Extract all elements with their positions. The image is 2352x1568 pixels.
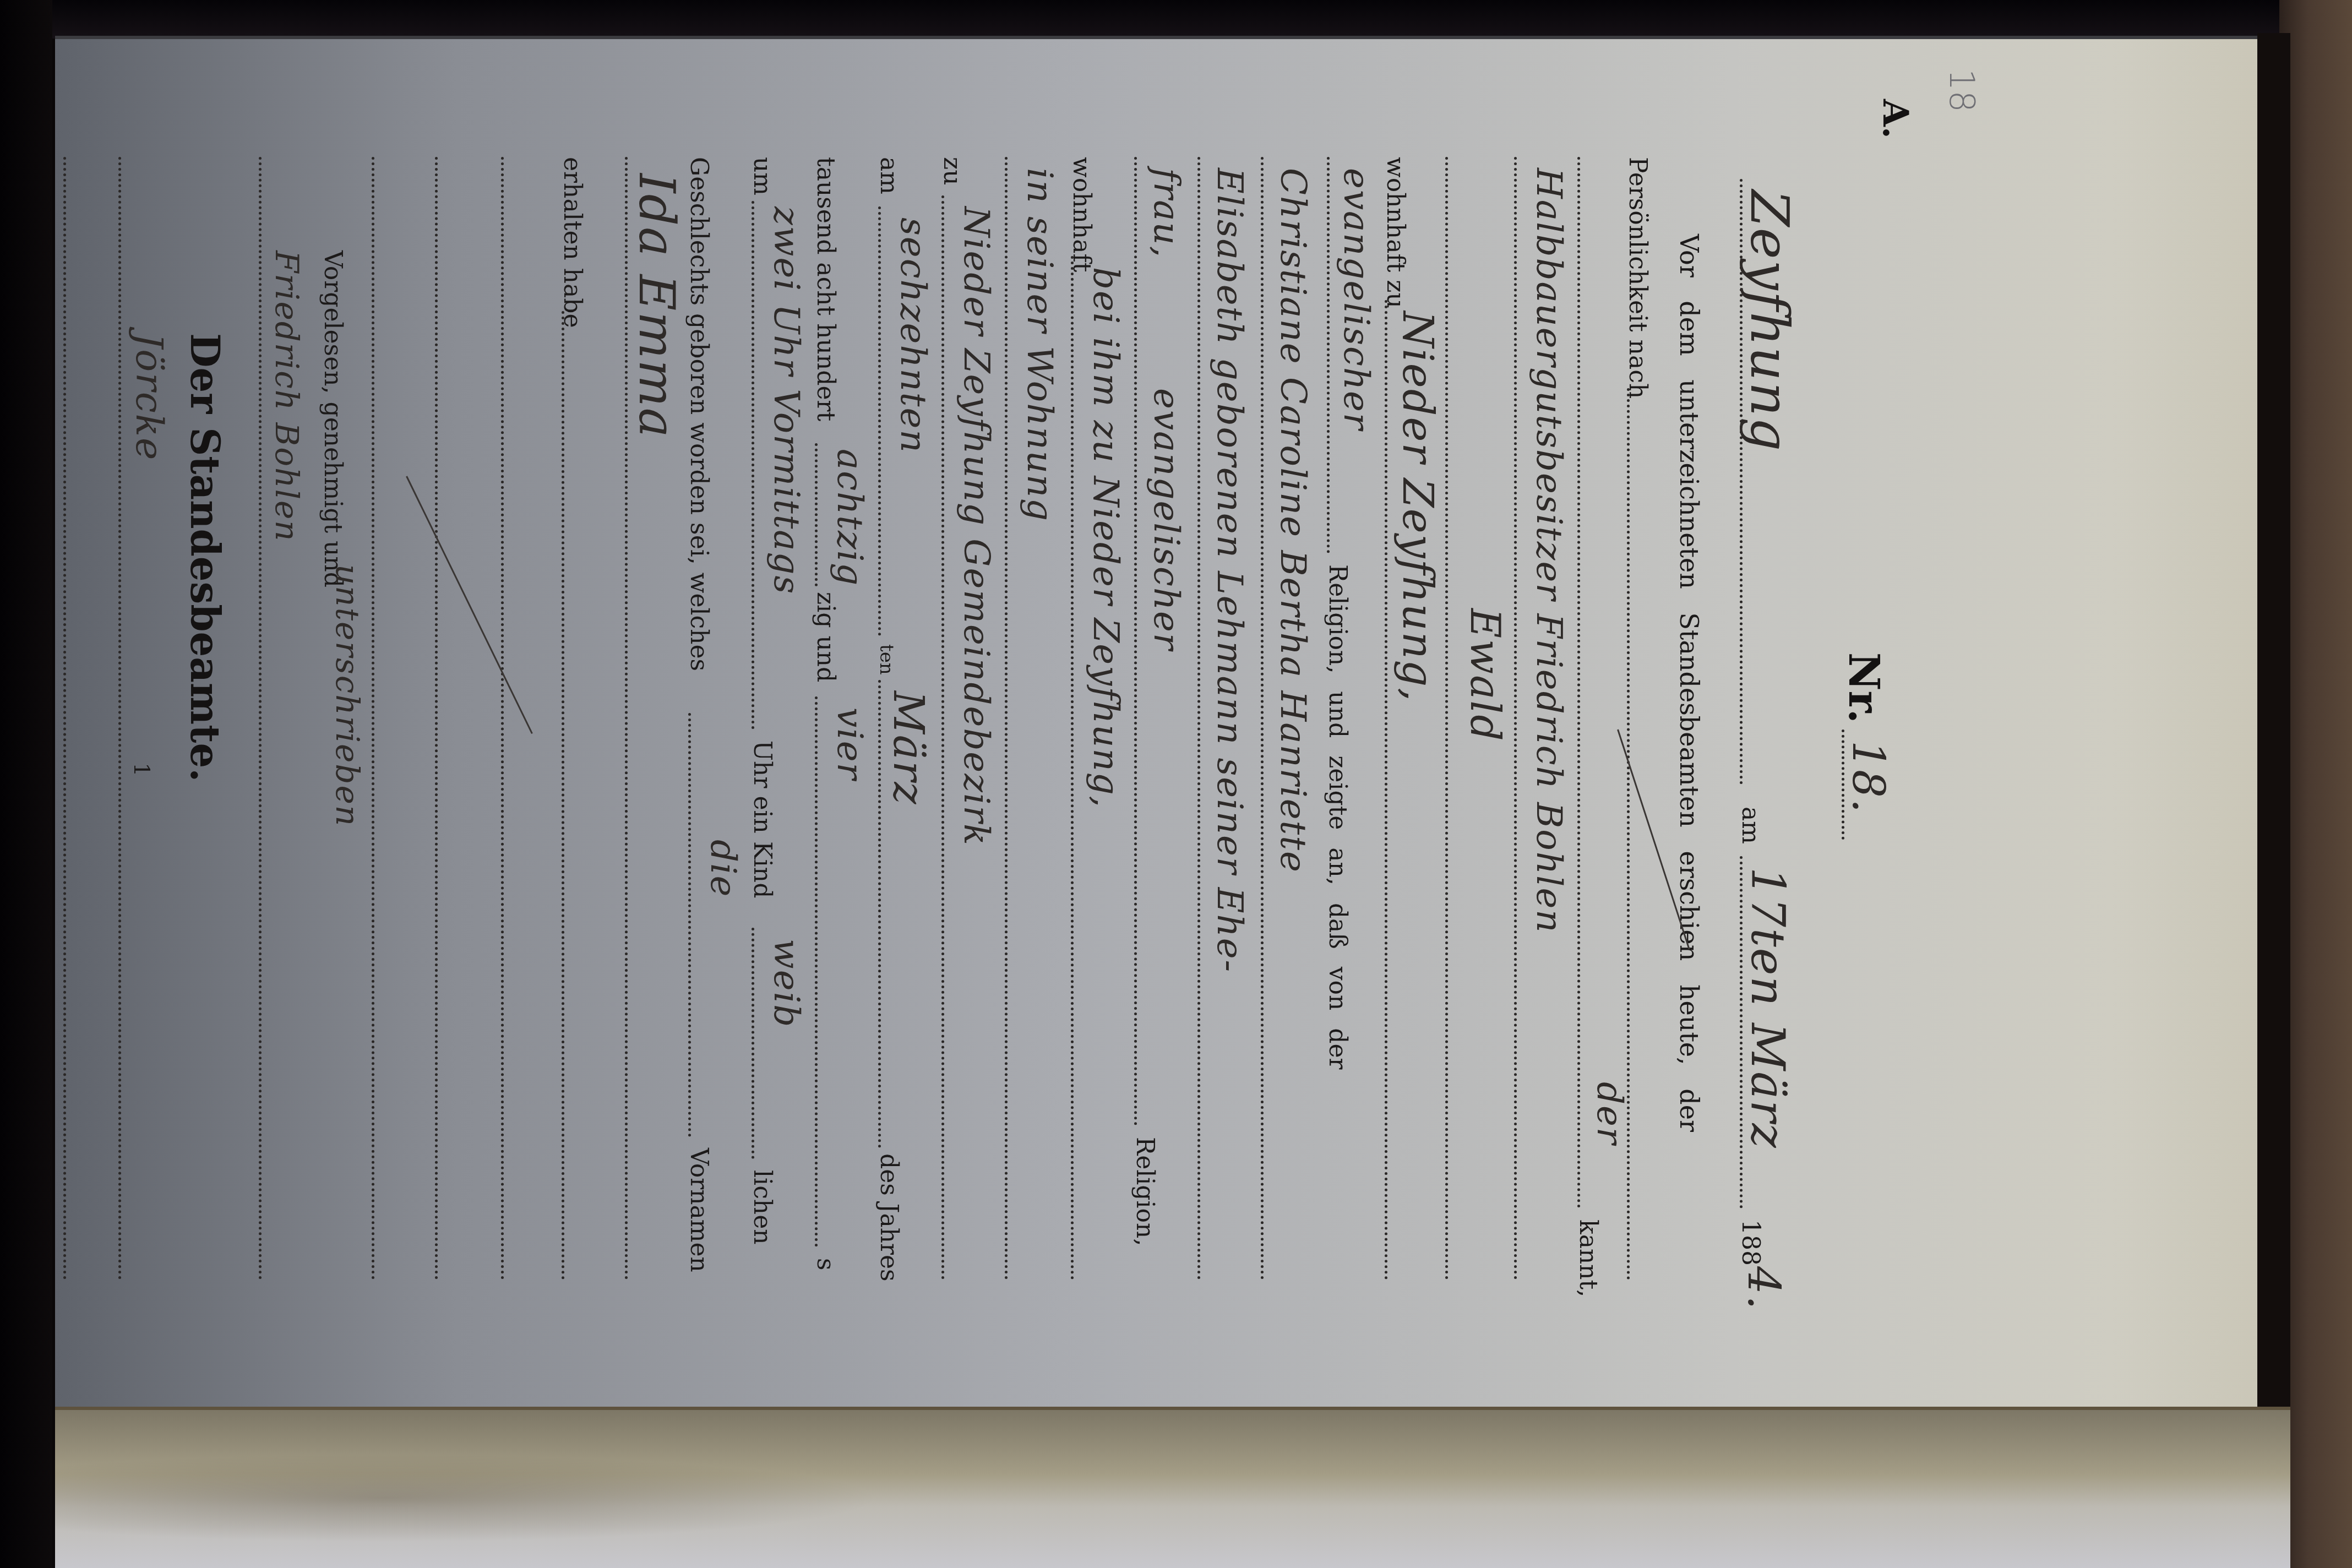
vornamen-label: Vornamen <box>685 1148 713 1272</box>
zu-label: zu <box>938 157 966 186</box>
page-edge-shadow <box>2257 33 2290 1520</box>
tausend-label: tausend acht hundert <box>812 157 840 421</box>
father-residence: Nieder Zeyfhung, <box>1393 311 1442 702</box>
register-letter: A. <box>1875 99 1916 139</box>
sex-line <box>752 928 754 1159</box>
ten-label: ten <box>875 644 897 675</box>
known-line <box>1577 157 1580 1208</box>
bottom-line <box>63 157 66 1280</box>
year-unit-line <box>815 696 818 1247</box>
decade-line <box>815 443 818 586</box>
mother-residence: bei ihm zu Nieder Zeyfhung, <box>1085 267 1126 808</box>
signed-value: unterschrieben <box>329 564 366 827</box>
zig-und-label: zig und <box>812 592 840 682</box>
father-name-cont: Ewald <box>1461 608 1509 742</box>
mother-religion-label: Religion, <box>1131 1137 1159 1246</box>
mother-name-1: Christiane Caroline Bertha Hanriette <box>1272 168 1313 873</box>
birth-year-unit: vier <box>829 707 870 781</box>
birthplace-2: Nieder Zeyfhung Gemeindebezirk <box>956 206 997 846</box>
mother-line-2 <box>1197 157 1200 1280</box>
identity-label: Persönlichkeit nach <box>1624 157 1652 399</box>
pencil-folio-number: 18 <box>1942 69 1982 112</box>
lichen-label: lichen <box>748 1170 776 1245</box>
mother-name-2: Elisabeth geborenen Lehmann seiner Ehe- <box>1209 168 1250 973</box>
year-prefix: 188 <box>1736 1219 1765 1266</box>
father-occupation-name: Halbbauergutsbesitzer Friedrich Bohlen <box>1528 168 1569 934</box>
sex-sentence-label: Geschlechts geboren worden sei, welches <box>685 157 713 671</box>
lower-page-edge <box>55 1407 2290 1568</box>
intro-text: Vor dem unterzeichneten Standesbeamten e… <box>1674 234 1704 1132</box>
year-suffix: 4. <box>1738 1266 1789 1310</box>
blank-line-2 <box>435 157 438 1280</box>
day-line <box>878 206 881 636</box>
official-title: Der Standesbeamte. <box>182 333 228 782</box>
birth-decade: achtzig <box>829 449 870 586</box>
known-value: der <box>1589 1082 1630 1145</box>
um-label: um <box>748 157 776 195</box>
birthplace-1: in seiner Wohnung <box>1019 168 1060 522</box>
am-label: am <box>1736 807 1765 844</box>
child-first-names: Ida Emma <box>628 173 685 438</box>
mother-line-1 <box>1261 157 1264 1280</box>
article-value: die <box>703 840 743 897</box>
book-cover-top <box>0 0 2352 39</box>
s-label: s <box>812 1258 840 1271</box>
des-jahres-label: des Jahres <box>875 1153 903 1282</box>
time-line <box>752 201 754 729</box>
erhalten-line <box>562 311 564 1280</box>
religion-line <box>1327 157 1330 553</box>
entry-number-label: Nr. <box>1839 652 1888 723</box>
blank-line-3 <box>372 157 374 1280</box>
erhalten-label: erhalten habe <box>558 157 586 328</box>
uhr-label: Uhr ein Kind <box>748 741 776 898</box>
mother-religion: evangelischer <box>1146 388 1186 651</box>
birth-month: März <box>884 691 933 805</box>
official-signature: Jörcke <box>127 333 171 461</box>
identity-line <box>1627 388 1630 1280</box>
birth-time: zwei Uhr Vormittags <box>766 206 807 595</box>
father-religion: evangelischer <box>1336 168 1376 431</box>
name-line <box>1445 157 1448 1280</box>
read-approved-label: Vorgelesen, genehmigt und <box>319 251 347 587</box>
book-cover-left <box>0 0 52 1568</box>
known-label: kannt, <box>1574 1219 1602 1297</box>
page-number: 1 <box>129 763 154 776</box>
mother-residence-line <box>1071 256 1074 1280</box>
birthplace-line-1 <box>1005 157 1008 1280</box>
registration-date: 17ten März <box>1741 867 1795 1149</box>
entry-number-value: 18. <box>1843 741 1894 814</box>
official-line <box>118 157 121 1280</box>
article-line <box>688 713 691 1137</box>
religion-label: Religion, und zeigte an, daß von der <box>1324 564 1352 1070</box>
month-line <box>878 680 881 1148</box>
signature-line <box>259 157 262 1280</box>
mother-residence-label: wohnhaft <box>1068 157 1096 272</box>
child-sex: weib <box>766 939 807 1028</box>
mother-line-3 <box>1134 157 1137 1126</box>
birth-register-form: 18 A. Nr. 18. Zeyfhung am 17ten März 188… <box>55 47 2004 1407</box>
occupation-line <box>1514 157 1517 1280</box>
residence-label: wohnhaft zu <box>1381 157 1409 308</box>
am-label-2: am <box>875 157 903 194</box>
blank-line-1 <box>501 157 504 1280</box>
mother-name-3: frau, <box>1146 168 1186 258</box>
cancel-stroke-2 <box>406 476 533 734</box>
water-stain <box>55 1454 881 1542</box>
declarant-signature: Friedrich Bohlen <box>268 251 306 542</box>
residence-line <box>1385 300 1387 1280</box>
registry-place: Zeyfhung <box>1739 190 1800 452</box>
birth-day: sechzehnten <box>892 217 933 454</box>
birthplace-line-2 <box>941 195 944 1280</box>
